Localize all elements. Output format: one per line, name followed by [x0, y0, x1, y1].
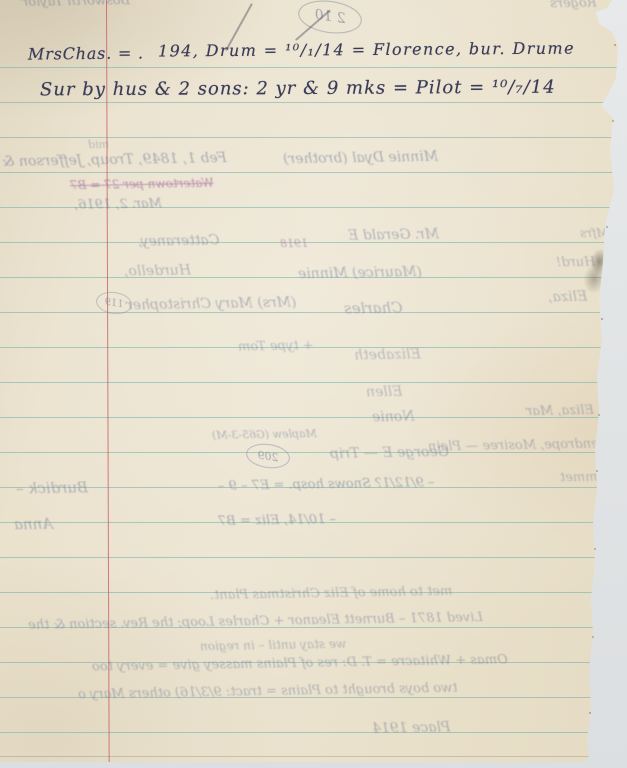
bleed-through-text: we stay until – in region	[200, 637, 346, 654]
bleed-through-text: Hurdello,	[124, 262, 191, 279]
bleed-through-text: Bosworth Taylor	[22, 0, 130, 10]
bleed-through-text: Maplew (G65-3-M)	[212, 427, 317, 442]
paper-sheet: Bosworth TaylorRogersmidFeb 1, 1849, Tro…	[0, 0, 627, 768]
bleed-through-text: Rogers	[550, 0, 597, 11]
bleed-through-text: (Mrs) Mary Christopher	[126, 295, 297, 314]
bleed-through-text: Omas + Whitacre = T. D: res of Plains ma…	[92, 652, 508, 674]
handwritten-entry-detail: 194, Drum = ¹⁰/₁/14 = Florence, bur. Dru…	[158, 39, 575, 61]
bleed-through-text: Anna	[14, 515, 53, 534]
bleed-through-text: – 10/14, Eliz = B7	[218, 512, 336, 529]
bleed-through-text: – 9/12/1? Snows hosp. = E7 – 9 –	[218, 475, 435, 494]
handwritten-entry-line2: Sur by hus & 2 sons: 2 yr & 9 mks = Pilo…	[40, 77, 556, 101]
bleed-through-text: Ellen	[366, 384, 403, 401]
bleed-through-text: (Maurice) Minnie	[298, 264, 422, 282]
bleed-through-text: Watertown per 27 = B7	[70, 176, 214, 193]
bleed-through-text: Place 1914	[372, 719, 451, 736]
circled-number: 209	[245, 441, 292, 471]
scanned-page: Bosworth TaylorRogersmidFeb 1, 1849, Tro…	[0, 0, 627, 768]
torn-edge-specks	[0, 0, 2, 2]
bleed-through-text: Elizabeth	[354, 346, 421, 363]
bleed-through-text: Feb 1, 1849, Troup, Jefferson &	[2, 150, 227, 170]
bleed-through-text: Mar. 2, 1916,	[74, 196, 162, 213]
bleed-through-text: Hendrope, Mosiree — Plain	[428, 436, 610, 454]
bleed-through-layer: Bosworth TaylorRogersmidFeb 1, 1849, Tro…	[0, 0, 627, 768]
bleed-through-text: Catteraney,	[138, 232, 220, 249]
bleed-through-text: Mr. Gerald E	[348, 226, 439, 244]
bleed-through-text: Minnie Dyal (brother)	[283, 149, 438, 168]
bottom-crease	[0, 756, 597, 757]
circled-number: 2 10	[296, 0, 364, 37]
bleed-through-text: Nonie	[372, 409, 415, 426]
bleed-through-text: Lived 1871 – Burnett Eleanor + Charles L…	[28, 610, 483, 633]
bleed-through-text: Hurd!	[556, 255, 596, 271]
bleed-through-text: + type Tom	[238, 338, 314, 354]
bleed-through-text: 1918	[280, 237, 308, 250]
bleed-through-text: mid	[88, 138, 109, 151]
handwritten-entry-name: MrsChas. = .	[28, 43, 144, 63]
bleed-through-text: Charles	[344, 298, 403, 317]
bleed-through-text: Burdick –	[16, 478, 88, 497]
bleed-through-text: two boys brought to Plains = tract: 9/3/…	[78, 681, 458, 703]
bleed-through-text: met to home of Eliz Christmas Plant.	[210, 584, 453, 603]
bleed-through-text: Eliza,	[548, 289, 588, 306]
